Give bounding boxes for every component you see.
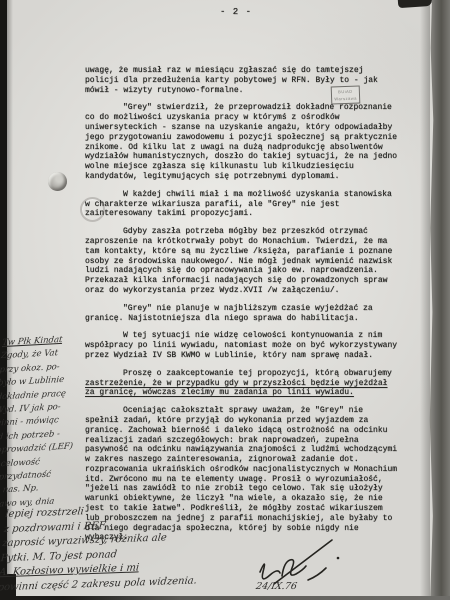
typed-paragraph: W tej sytuacji nie widzę celowości konty… xyxy=(85,331,399,360)
typed-text-segment: zastrzeżenie, że w przypadku gdy w przys… xyxy=(85,379,387,398)
scan-right-edge xyxy=(428,0,450,600)
punch-hole xyxy=(48,172,67,191)
typed-paragraph: "Grey" stwierdził, że przeprowadził dokł… xyxy=(85,103,399,181)
typed-paragraph: W każdej chwili miał i ma możliwość uzys… xyxy=(85,190,399,219)
typed-text-segment: Gdyby zaszła potrzeba mógłby bez przeszk… xyxy=(85,227,392,295)
typed-paragraph: Proszę o zaakceptowanie tej propozycji, … xyxy=(85,369,399,398)
scan-right-edge-shadow xyxy=(420,0,430,600)
typewritten-text-column: uwagę, że musiał raz w miesiącu zgłaszać… xyxy=(85,66,399,551)
typed-text-segment: W każdej chwili miał i ma możliwość uzys… xyxy=(85,190,392,219)
typed-text-segment: "Grey" stwierdził, że przeprowadził dokł… xyxy=(85,103,397,181)
typed-text-segment: Proszę o zaakceptowanie tej propozycji, … xyxy=(123,369,392,378)
typed-paragraph: uwagę, że musiał raz w miesiącu zgłaszać… xyxy=(85,66,399,95)
handwritten-margin-notes: Tw Płk KindatZgody, że Vatprzy okoz. po-… xyxy=(0,332,89,512)
typed-text-segment: "Grey" nie planuje w najbliższym czasie … xyxy=(85,304,373,323)
scanned-document-page: - 2 - BUiAD Warszawa uwagę, że musiał ra… xyxy=(0,0,450,600)
scan-bottom-edge xyxy=(0,596,450,600)
typed-text-segment: uwagę, że musiał raz w miesiącu zgłaszać… xyxy=(85,66,378,95)
typed-paragraph: "Grey" nie planuje w najbliższym czasie … xyxy=(85,304,399,324)
typed-text-segment: W tej sytuacji nie widzę celowości konty… xyxy=(85,331,397,360)
typed-paragraph: Gdyby zaszła potrzeba mógłby bez przeszk… xyxy=(85,227,399,296)
page-number: - 2 - xyxy=(196,7,276,17)
signature-date: 24/IX.76 xyxy=(255,581,298,592)
